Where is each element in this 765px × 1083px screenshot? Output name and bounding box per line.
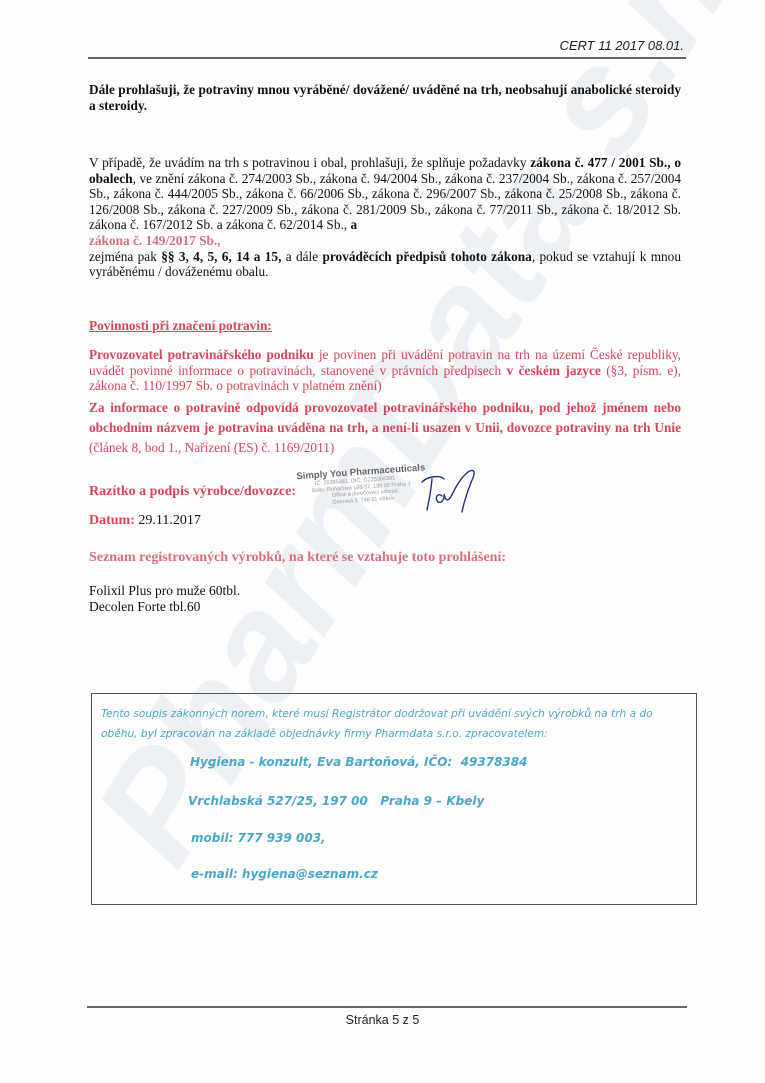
compiler-address: Vrchlabská 527/25, 197 00 Praha 9 – Kbel… <box>188 794 484 808</box>
responsibility-ref: (článek 8, bod 1., Nařízení (ES) č. 1169… <box>89 440 334 455</box>
packaging-law-2017: zákona č. 149/2017 Sb., <box>89 233 221 248</box>
labeling-responsibility-paragraph: Za informace o potravině odpovídá provoz… <box>89 398 681 458</box>
responsibility-bold: Za informace o potravině odpovídá provoz… <box>89 400 681 435</box>
product-item: Folixil Plus pro muže 60tbl. <box>89 583 240 599</box>
packaging-especially: zejména pak <box>89 249 161 264</box>
date-value: 29.11.2017 <box>138 513 200 528</box>
handwritten-signature <box>418 466 488 516</box>
document-page: PharmData s.r.o. CERT 11 2017 08.01. Dál… <box>0 0 765 1083</box>
compiler-company: Hygiena - konzult, Eva Bartoňová, IČO: 4… <box>190 755 527 769</box>
page-number: Stránka 5 z 5 <box>0 1013 765 1027</box>
page-header: CERT 11 2017 08.01. <box>88 38 686 60</box>
operator-bold: Provozovatel potravinářského podniku <box>89 347 314 362</box>
packaging-sections: §§ 3, 4, 5, 6, 14 a 15, <box>161 249 281 264</box>
products-list: Folixil Plus pro muže 60tbl. Decolen For… <box>89 583 240 614</box>
products-heading: Seznam registrovaných výrobků, na které … <box>89 550 506 566</box>
packaging-amendments: , ve znění zákona č. 274/2003 Sb., zákon… <box>89 171 681 233</box>
date-label: Datum: <box>89 513 135 528</box>
packaging-regulations: prováděcích předpisů tohoto zákona <box>323 249 532 264</box>
header-rule <box>88 57 686 59</box>
product-item: Decolen Forte tbl.60 <box>89 599 240 615</box>
packaging-intro: V případě, že uvádím na trh s potravinou… <box>89 155 530 170</box>
steroids-declaration: Dále prohlašuji, že potraviny mnou vyráb… <box>89 82 681 113</box>
compiler-intro: Tento soupis zákonných norem, které musí… <box>101 704 691 744</box>
compiler-email[interactable]: e-mail: hygiena@seznam.cz <box>191 867 378 881</box>
signature-label: Razítko a podpis výrobce/dovozce: <box>89 484 296 500</box>
compiler-info-box: Tento soupis zákonných norem, které musí… <box>91 693 697 905</box>
document-code: CERT 11 2017 08.01. <box>559 38 684 53</box>
language-bold: v českém jazyce <box>507 363 601 378</box>
compiler-mobile: mobil: 777 939 003, <box>191 831 326 845</box>
date-line: Datum: 29.11.2017 <box>89 513 201 529</box>
labeling-heading: Povinnosti při značení potravin: <box>89 318 681 334</box>
packaging-declaration: V případě, že uvádím na trh s potravinou… <box>89 155 681 280</box>
footer-rule <box>87 1006 687 1008</box>
labeling-operator-paragraph: Provozovatel potravinářského podniku je … <box>89 347 681 394</box>
packaging-and-further: a dále <box>281 249 322 264</box>
packaging-and: a <box>350 217 357 232</box>
